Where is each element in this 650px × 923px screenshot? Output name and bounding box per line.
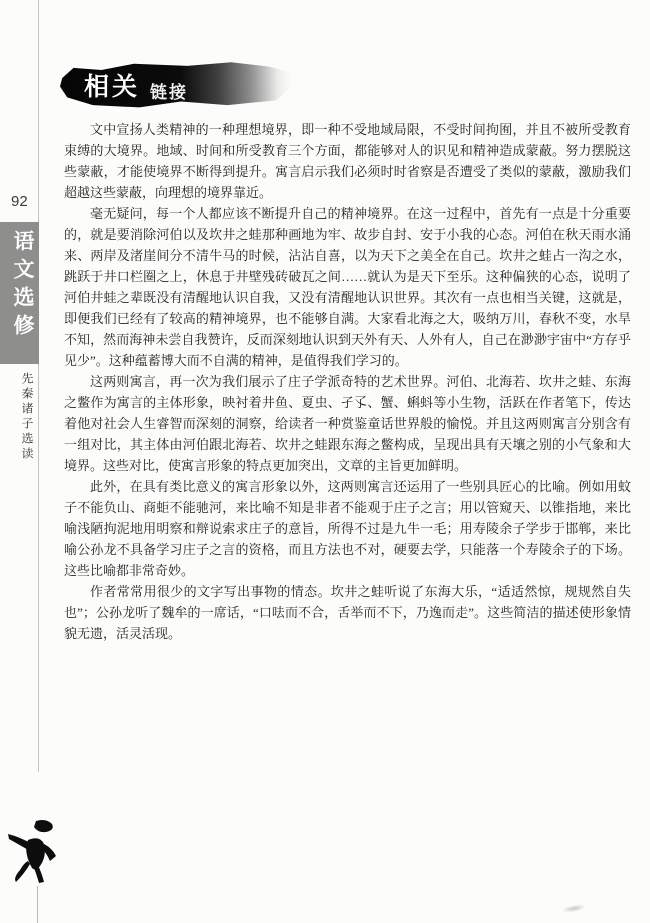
sidebar-divider-line-bottom xyxy=(37,886,38,923)
series-label: 语文选修 xyxy=(8,229,38,342)
section-banner: 相关 链接 xyxy=(60,62,292,108)
page-number: 92 xyxy=(11,193,28,210)
ink-bird-mark xyxy=(6,818,58,886)
banner-title-sub: 链接 xyxy=(150,78,188,103)
paragraph: 此外，在具有类比意义的寓言形象以外，这两则寓言还运用了一些别具匠心的比喻。例如用… xyxy=(64,476,631,581)
subseries-label: 先秦诸子选读 xyxy=(19,372,36,463)
paragraph: 作者常常用很少的文字写出事物的情态。坎井之蛙听说了东海大乐，“适适然惊，规规然自… xyxy=(64,581,631,644)
textbook-page: 92 语文选修 先秦诸子选读 相关 链接 文中宣扬人类精神的一种理想境界，即一种… xyxy=(0,0,650,923)
paragraph: 毫无疑问，每一个人都应该不断提升自己的精神境界。在这一过程中，首先有一点是十分重… xyxy=(64,203,631,371)
sidebar-divider-line xyxy=(38,0,39,772)
series-label-box: 语文选修 xyxy=(0,222,39,364)
article-text: 文中宣扬人类精神的一种理想境界，即一种不受地域局限，不受时间拘囿，并且不被所受教… xyxy=(64,119,631,644)
banner-title-main: 相关 xyxy=(84,67,140,103)
paragraph: 这两则寓言，再一次为我们展示了庄子学派奇特的艺术世界。河伯、北海若、坎井之蛙、东… xyxy=(64,371,631,476)
ink-smudge xyxy=(562,903,587,914)
paragraph: 文中宣扬人类精神的一种理想境界，即一种不受地域局限，不受时间拘囿，并且不被所受教… xyxy=(64,119,631,203)
